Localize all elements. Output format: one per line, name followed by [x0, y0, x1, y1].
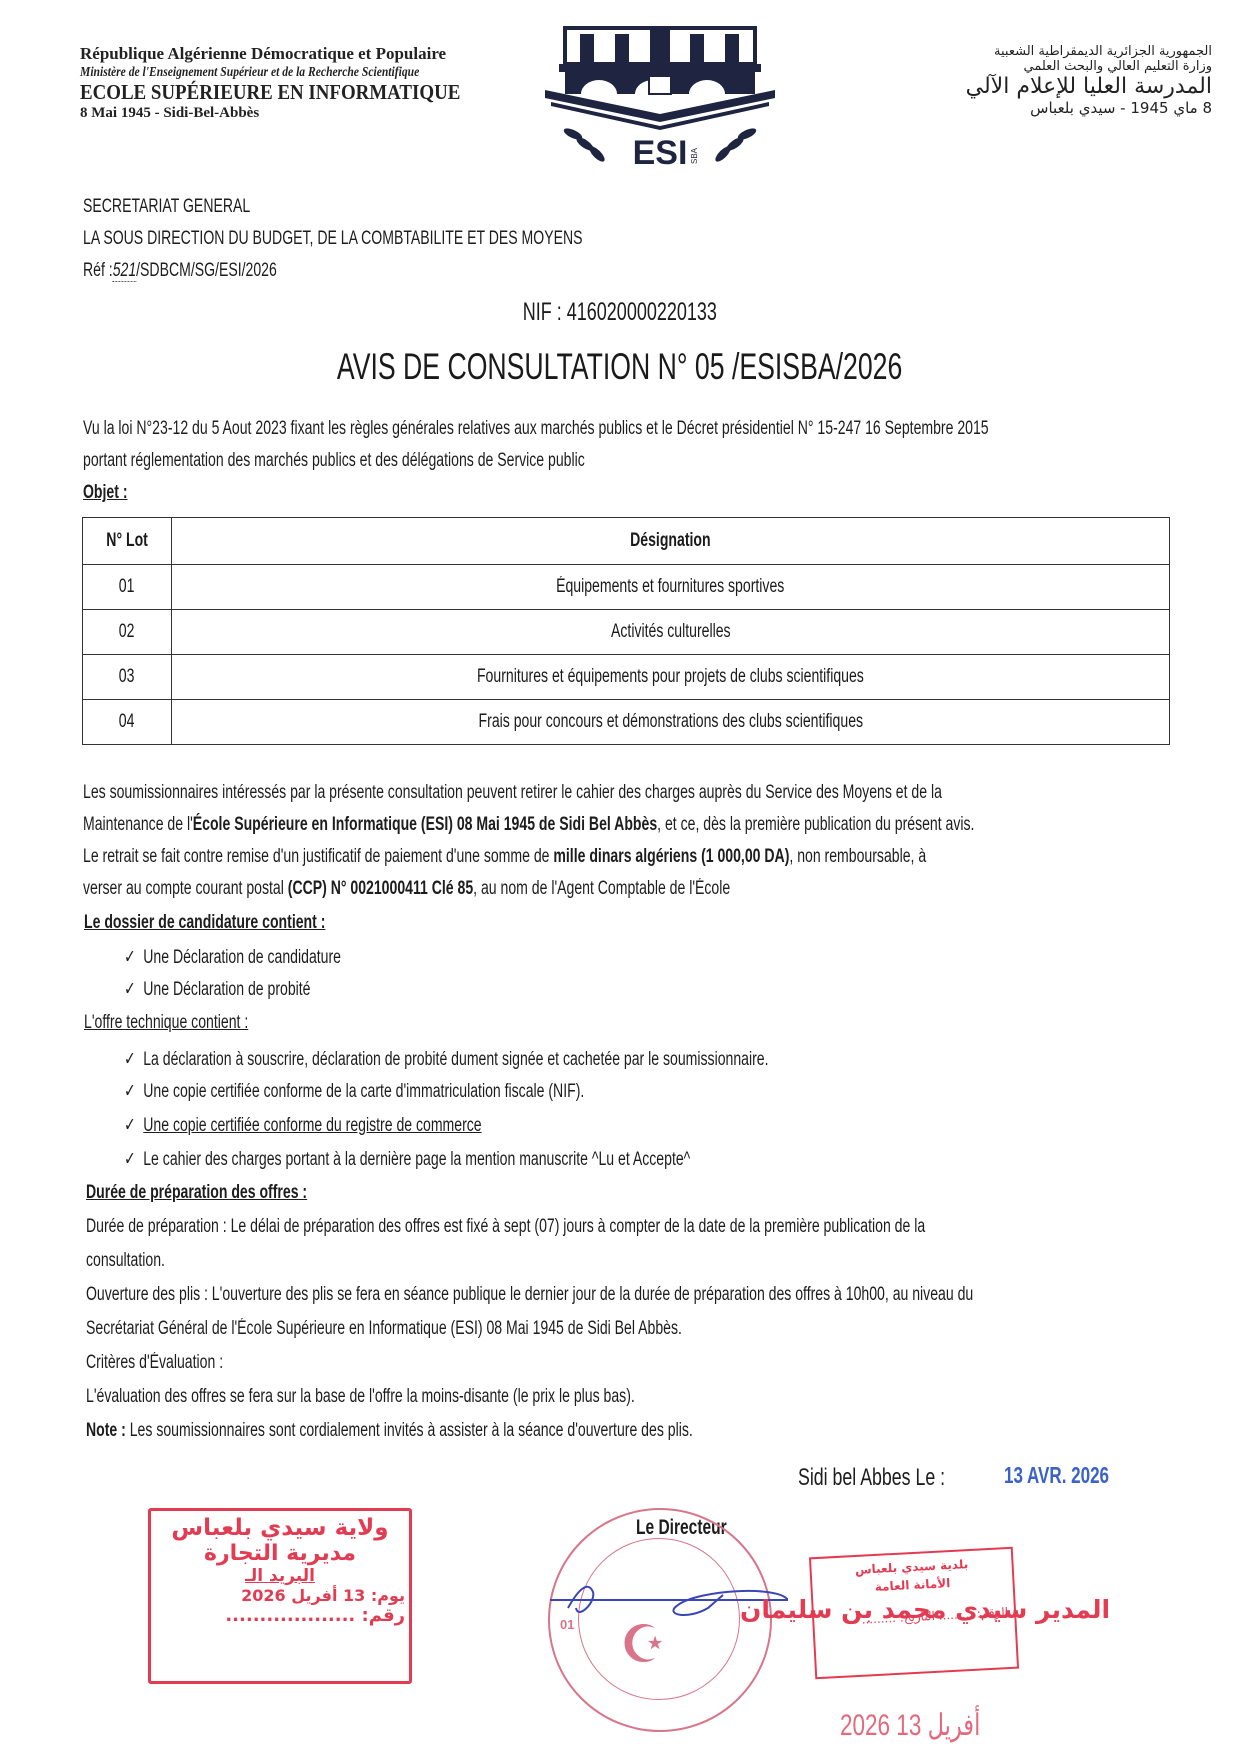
table-row: 04 Frais pour concours et démonstrations…	[83, 700, 1170, 745]
duree-line-1: Durée de préparation : Le délai de prépa…	[86, 1216, 925, 1238]
reference-label: Réf :	[83, 260, 113, 281]
offre-technique-heading: L'offre technique contient :	[84, 1012, 248, 1034]
school-name-ar: المدرسة العليا للإعلام الآلي	[792, 74, 1212, 99]
offre-item: ✓Une copie certifiée conforme du registr…	[124, 1114, 482, 1137]
checkmark-icon: ✓	[124, 978, 143, 1000]
retrait-line-3: Le retrait se fait contre remise d'un ju…	[83, 846, 926, 868]
note-text: Note : Les soumissionnaires sont cordial…	[86, 1420, 693, 1442]
reference-number: 521	[113, 260, 136, 282]
arabic-date-stamp: 2026 أفريل 13	[840, 1708, 1027, 1743]
retrait-line-4: verser au compte courant postal (CCP) N°…	[83, 878, 730, 900]
checkmark-icon: ✓	[124, 1148, 143, 1170]
offre-item: ✓La déclaration à souscrire, déclaration…	[124, 1048, 769, 1071]
school-logo-icon: ESI SBA	[545, 22, 775, 172]
objet-heading: Objet :	[83, 482, 128, 504]
svg-text:ESI: ESI	[633, 134, 688, 172]
sender-line-2: LA SOUS DIRECTION DU BUDGET, DE LA COMBT…	[83, 228, 583, 250]
lot-designation: Équipements et fournitures sportives	[172, 565, 1170, 610]
reference-suffix: /SDBCM/SG/ESI/2026	[136, 260, 277, 281]
place-date-label: Sidi bel Abbes Le :	[798, 1464, 945, 1492]
lot-designation: Frais pour concours et démonstrations de…	[172, 700, 1170, 745]
evaluation-text: L'évaluation des offres se fera sur la b…	[86, 1386, 635, 1408]
table-row: 02 Activités culturelles	[83, 610, 1170, 655]
offre-item: ✓Une copie certifiée conforme de la cart…	[124, 1080, 584, 1103]
date-stamp: 13 AVR. 2026	[1004, 1462, 1109, 1489]
table-row: 03 Fournitures et équipements pour proje…	[83, 655, 1170, 700]
checkmark-icon: ✓	[124, 946, 143, 968]
preamble-line-2: portant réglementation des marchés publi…	[83, 450, 585, 472]
lot-number: 03	[83, 655, 172, 700]
table-header-row: N° Lot Désignation	[83, 518, 1170, 565]
preamble-line-1: Vu la loi N°23-12 du 5 Aout 2023 fixant …	[83, 418, 989, 440]
wilaya-stamp: ولاية سيدي بلعباس مديرية التجارة البريد …	[148, 1508, 412, 1684]
checkmark-icon: ✓	[124, 1114, 143, 1136]
retrait-line-2: Maintenance de l'École Supérieure en Inf…	[83, 814, 974, 836]
page-title: AVIS DE CONSULTATION N° 05 /ESISBA/2026	[0, 346, 1240, 388]
dossier-item: ✓Une Déclaration de candidature	[124, 946, 341, 969]
sender-line-1: SECRETARIAT GENERAL	[83, 196, 250, 218]
duree-heading: Durée de préparation des offres :	[86, 1182, 307, 1204]
lot-designation: Activités culturelles	[172, 610, 1170, 655]
lots-table: N° Lot Désignation 01 Équipements et fou…	[82, 517, 1170, 745]
school-address-ar: 8 ماي 1945 - سيدي بلعباس	[792, 99, 1212, 117]
column-header-designation: Désignation	[172, 518, 1170, 565]
checkmark-icon: ✓	[124, 1048, 143, 1070]
school-name: ECOLE SUPÉRIEURE EN INFORMATIQUE	[80, 80, 460, 105]
column-header-lot: N° Lot	[83, 518, 172, 565]
nif-number: NIF : 416020000220133	[0, 298, 1240, 327]
ouverture-line-1: Ouverture des plis : L'ouverture des pli…	[86, 1284, 973, 1306]
checkmark-icon: ✓	[124, 1080, 143, 1102]
reference: Réf :521/SDBCM/SG/ESI/2026	[83, 260, 277, 282]
header-arabic: الجمهورية الجزائرية الديمقراطية الشعبية …	[792, 44, 1212, 117]
republic-name: République Algérienne Démocratique et Po…	[80, 44, 503, 64]
svg-text:SBA: SBA	[690, 147, 699, 164]
ouverture-line-2: Secrétariat Général de l'École Supérieur…	[86, 1318, 682, 1340]
lot-number: 04	[83, 700, 172, 745]
offre-item: ✓Le cahier des charges portant à la dern…	[124, 1148, 690, 1171]
lot-designation: Fournitures et équipements pour projets …	[172, 655, 1170, 700]
lot-number: 02	[83, 610, 172, 655]
dossier-item: ✓Une Déclaration de probité	[124, 978, 311, 1001]
school-address: 8 Mai 1945 - Sidi-Bel-Abbès	[80, 105, 503, 122]
criteres-heading: Critères d'Évaluation :	[86, 1352, 223, 1374]
republic-name-ar: الجمهورية الجزائرية الديمقراطية الشعبية	[792, 44, 1212, 59]
dossier-heading: Le dossier de candidature contient :	[84, 912, 325, 934]
commune-stamp: بلدية سيدي بلعباس الأمانة العامة الرقم: …	[809, 1547, 1019, 1680]
duree-line-2: consultation.	[86, 1250, 165, 1272]
lot-number: 01	[83, 565, 172, 610]
header-french: République Algérienne Démocratique et Po…	[80, 44, 503, 122]
ministry-name-ar: وزارة التعليم العالي والبحث العلمي	[792, 59, 1212, 74]
retrait-line-1: Les soumissionnaires intéressés par la p…	[83, 782, 942, 804]
ministry-name: Ministère de l'Enseignement Supérieur et…	[80, 64, 443, 80]
table-row: 01 Équipements et fournitures sportives	[83, 565, 1170, 610]
